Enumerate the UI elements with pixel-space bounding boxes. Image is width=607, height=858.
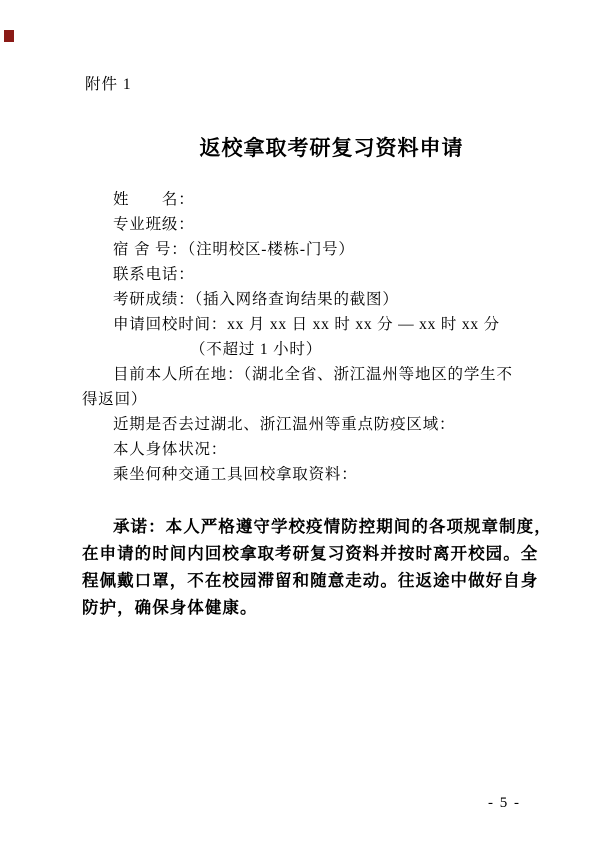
field-phone: 联系电话： [82, 262, 562, 287]
field-visited-risk-areas: 近期是否去过湖北、浙江温州等重点防疫区域： [82, 412, 562, 437]
application-form: 姓 名： 专业班级： 宿 舍 号：（注明校区-楼栋-门号） 联系电话： 考研成绩… [82, 187, 562, 487]
page-number: - 5 - [488, 793, 521, 813]
field-transport-method: 乘坐何种交通工具回校拿取资料： [82, 462, 562, 487]
pledge-line-1: 承诺：本人严格遵守学校疫情防控期间的各项规章制度， [82, 513, 562, 540]
field-return-time: 申请回校时间：xx 月 xx 日 xx 时 xx 分 — xx 时 xx 分 [82, 312, 562, 337]
field-name: 姓 名： [82, 187, 562, 212]
field-time-limit-note: （不超过 1 小时） [82, 337, 562, 362]
document-page: 附件 1 返校拿取考研复习资料申请 姓 名： 专业班级： 宿 舍 号：（注明校区… [0, 0, 607, 858]
field-current-location: 目前本人所在地：（湖北全省、浙江温州等地区的学生不 [82, 362, 562, 387]
attachment-label: 附件 1 [85, 75, 132, 95]
red-stamp-mark [4, 30, 14, 42]
pledge-line-3: 程佩戴口罩，不在校园滞留和随意走动。往返途中做好自身 [82, 567, 562, 594]
pledge-line-4: 防护，确保身体健康。 [82, 594, 562, 621]
field-dorm-number: 宿 舍 号：（注明校区-楼栋-门号） [82, 237, 562, 262]
document-title: 返校拿取考研复习资料申请 [28, 133, 607, 163]
field-current-location-wrap: 得返回） [82, 387, 562, 412]
pledge-line-2: 在申请的时间内回校拿取考研复习资料并按时离开校园。全 [82, 540, 562, 567]
field-health-status: 本人身体状况： [82, 437, 562, 462]
field-major-class: 专业班级： [82, 212, 562, 237]
pledge-paragraph: 承诺：本人严格遵守学校疫情防控期间的各项规章制度， 在申请的时间内回校拿取考研复… [82, 513, 562, 621]
field-exam-score: 考研成绩：（插入网络查询结果的截图） [82, 287, 562, 312]
